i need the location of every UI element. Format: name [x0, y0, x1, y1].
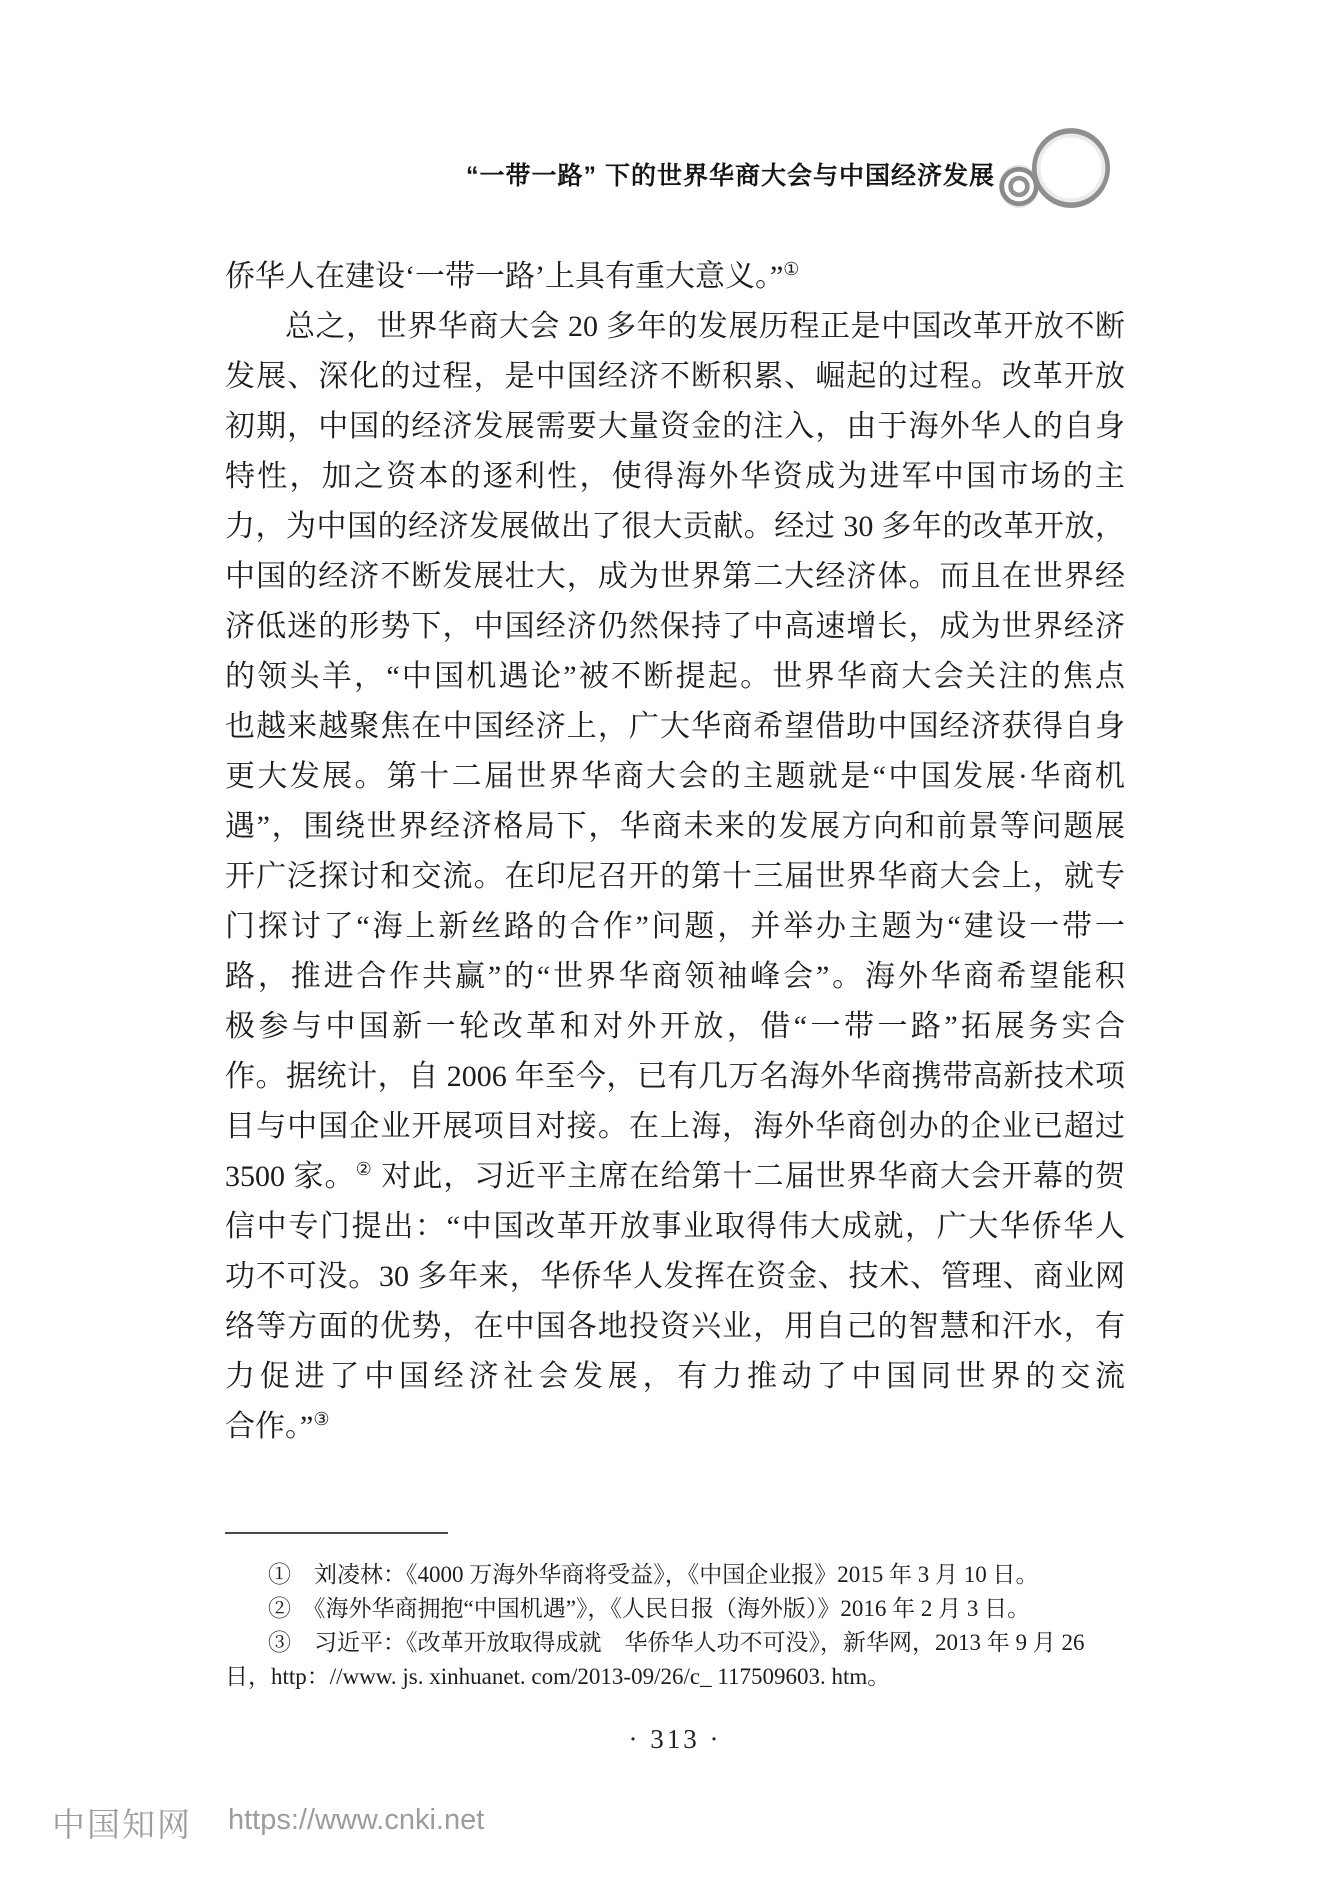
body-line: 络等方面的优势，在中国各地投资兴业，用自己的智慧和汗水，有	[225, 1302, 1125, 1352]
body-line: 功不可没。30 多年来，华侨华人发挥在资金、技术、管理、商业网	[225, 1252, 1125, 1302]
footnote-line: ② 《海外华商拥抱“中国机遇”》，《人民日报（海外版）》2016 年 2 月 3…	[225, 1592, 1125, 1626]
body-line: 的领头羊，“中国机遇论”被不断提起。世界华商大会关注的焦点	[225, 652, 1125, 702]
body-line: 3500 家。② 对此，习近平主席在给第十二届世界华商大会开幕的贺	[225, 1152, 1125, 1202]
footnotes: ① 刘凌林：《4000 万海外华商将受益》，《中国企业报》2015 年 3 月 …	[225, 1558, 1125, 1694]
cnki-watermark: 中国知网	[52, 1799, 192, 1846]
body-line: 济低迷的形势下，中国经济仍然保持了中高速增长，成为世界经济	[225, 602, 1125, 652]
body-line: 作。据统计，自 2006 年至今，已有几万名海外华商携带高新技术项	[225, 1052, 1125, 1102]
body-line: 力促进了中国经济社会发展，有力推动了中国同世界的交流	[225, 1352, 1125, 1402]
body-line: 合作。”③	[225, 1402, 1125, 1452]
body-line: 特性，加之资本的逐利性，使得海外华资成为进军中国市场的主	[225, 452, 1125, 502]
footnote-line: ① 刘凌林：《4000 万海外华商将受益》，《中国企业报》2015 年 3 月 …	[225, 1558, 1125, 1592]
page-number: · 313 ·	[225, 1724, 1125, 1755]
body-line: 侨华人在建设‘一带一路’上具有重大意义。”①	[225, 252, 1125, 302]
big-ring-icon	[1032, 128, 1110, 208]
body-line: 力，为中国的经济发展做出了很大贡献。经过 30 多年的改革开放，	[225, 502, 1125, 552]
body-line: 遇”，围绕世界经济格局下，华商未来的发展方向和前景等问题展	[225, 802, 1125, 852]
document-page: “一带一路” 下的世界华商大会与中国经济发展 侨华人在建设‘一带一路’上具有重大…	[0, 0, 1338, 1890]
body-line: 信中专门提出：“中国改革开放事业取得伟大成就，广大华侨华人	[225, 1202, 1125, 1252]
body-line: 开广泛探讨和交流。在印尼召开的第十三届世界华商大会上，就专	[225, 852, 1125, 902]
body-line: 中国的经济不断发展壮大，成为世界第二大经济体。而且在世界经	[225, 552, 1125, 602]
body-line: 总之，世界华商大会 20 多年的发展历程正是中国改革开放不断	[225, 302, 1125, 352]
footnote-line: ③ 习近平：《改革开放取得成就 华侨华人功不可没》，新华网，2013 年 9 月…	[225, 1626, 1125, 1660]
article-title: “一带一路” 下的世界华商大会与中国经济发展	[466, 156, 995, 192]
body-line: 极参与中国新一轮改革和对外开放，借“一带一路”拓展务实合	[225, 1002, 1125, 1052]
footnote-line: 日，http：//www. js. xinhuanet. com/2013-09…	[225, 1660, 1125, 1694]
body-line: 也越来越聚焦在中国经济上，广大华商希望借助中国经济获得自身	[225, 702, 1125, 752]
body-line: 更大发展。第十二届世界华商大会的主题就是“中国发展·华商机	[225, 752, 1125, 802]
footnote-divider	[225, 1532, 448, 1534]
article-body: 侨华人在建设‘一带一路’上具有重大意义。”①总之，世界华商大会 20 多年的发展…	[225, 252, 1125, 1452]
body-line: 目与中国企业开展项目对接。在上海，海外华商创办的企业已超过	[225, 1102, 1125, 1152]
body-line: 门探讨了“海上新丝路的合作”问题，并举办主题为“建设一带一	[225, 902, 1125, 952]
cnki-url: https://www.cnki.net	[228, 1804, 484, 1837]
body-line: 发展、深化的过程，是中国经济不断积累、崛起的过程。改革开放	[225, 352, 1125, 402]
body-line: 路，推进合作共赢”的“世界华商领袖峰会”。海外华商希望能积	[225, 952, 1125, 1002]
body-line: 初期，中国的经济发展需要大量资金的注入，由于海外华人的自身	[225, 402, 1125, 452]
